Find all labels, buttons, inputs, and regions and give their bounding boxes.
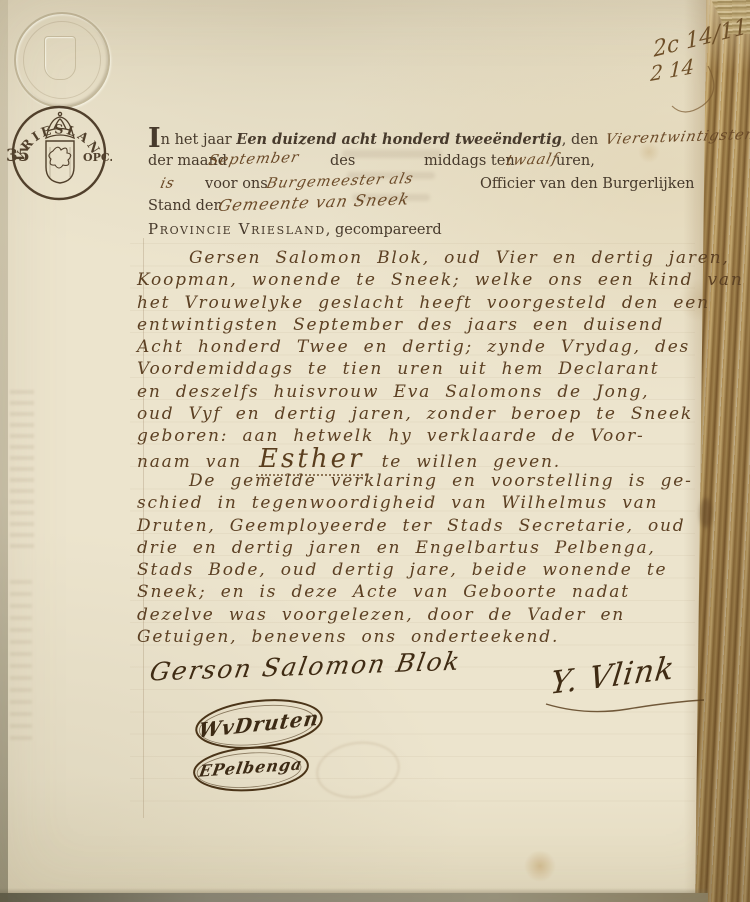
act-line: Stads Bode, oud dertig jare, beide wonen… <box>137 559 693 581</box>
stamp-lion-shield-icon <box>46 141 74 183</box>
header-line-4: Stand der Gemeente van Sneek <box>148 195 696 217</box>
printed-text: voor ons <box>205 173 268 195</box>
handwritten-is: is <box>158 172 177 195</box>
scanned-birth-record-page: { "archival_note": { "line1": "2c 14/11"… <box>0 0 750 902</box>
signature-official-flourish <box>540 692 710 714</box>
act-line-child-name: naam van Esther te willen geven. <box>137 448 693 470</box>
embossed-stamp-crest <box>44 36 76 80</box>
act-line: het Vrouwelyke geslacht heeft voorgestel… <box>137 292 693 314</box>
header-line-2: der maand September des middags ten twaa… <box>148 150 696 172</box>
act-line: Gersen Salomon Blok, oud Vier en dertig … <box>137 247 693 269</box>
printed-text: middags ten <box>424 150 515 172</box>
act-text: te willen geven. <box>367 452 561 472</box>
act-line: Druten, Geemployeerde ter Stads Secretar… <box>137 515 693 537</box>
act-line: Getuigen, benevens ons onderteekend. <box>137 626 693 648</box>
printed-text: uren, <box>556 150 595 172</box>
printed-text: , gecompareerd <box>326 222 442 238</box>
act-line: dezelve was voorgelezen, door de Vader e… <box>137 604 693 626</box>
handwritten-month: September <box>206 147 301 173</box>
act-line: Acht honderd Twee en dertig; zynde Vryda… <box>137 336 693 358</box>
embossed-blind-stamp <box>14 12 110 108</box>
stamp-value-left: 35 <box>6 146 30 166</box>
book-edge-notch <box>700 498 712 528</box>
stamp-value-right: OPC. <box>83 151 112 164</box>
signature-witness2: EPelbenga <box>190 742 313 796</box>
act-line: oud Vyf en dertig jaren, zonder beroep t… <box>137 403 693 425</box>
printed-text: Officier van den Burgerlijken <box>480 173 695 195</box>
header-line-1: In het jaar Een duizend acht honderd twe… <box>148 128 696 150</box>
header-line-5: Provincie Vriesland, gecompareerd <box>148 218 696 240</box>
act-line: schied in tegenwoordigheid van Wilhelmus… <box>137 492 693 514</box>
handwritten-act-text: Gersen Salomon Blok, oud Vier en dertig … <box>137 247 693 648</box>
bottom-page-edge <box>0 893 708 902</box>
printed-text: n het jaar <box>161 132 237 148</box>
signature-father: Gerson Salomon Blok <box>148 646 464 686</box>
printed-province: Provincie Vriesland <box>148 220 326 238</box>
printed-text: Stand der <box>148 195 220 217</box>
act-line: en deszelfs huisvrouw Eva Salomons de Jo… <box>137 381 693 403</box>
act-line: Sneek; en is deze Acte van Geboorte nada… <box>137 581 693 603</box>
act-line: Voordemiddags te tien uren uit hem Decla… <box>137 358 693 380</box>
archival-note-flourish <box>644 60 734 120</box>
act-line: De gemelde verklaring en voorstelling is… <box>137 470 693 492</box>
revenue-stamp: VRIESLAND. 35 OPC. <box>6 105 112 205</box>
ink-bleedthrough <box>10 580 32 740</box>
act-line: geboren: aan hetwelk hy verklaarde de Vo… <box>137 425 693 447</box>
printed-form-header: In het jaar Een duizend acht honderd twe… <box>148 128 696 240</box>
printed-year-italic: Een duizend acht honderd tweeëndertig <box>236 131 561 148</box>
act-line: Koopman, wonende te Sneek; welke ons een… <box>137 269 693 291</box>
handwritten-hour: twaalf <box>504 149 561 173</box>
printed-text: , den <box>562 132 603 148</box>
header-line-3: is voor ons Burgemeester als Officier va… <box>148 173 696 195</box>
act-line: entwintigsten September des jaars een du… <box>137 314 693 336</box>
ink-bleedthrough <box>10 390 34 550</box>
act-line: drie en dertig jaren en Engelbartus Pelb… <box>137 537 693 559</box>
ornate-initial: I <box>148 123 161 154</box>
act-text: naam van <box>137 452 256 472</box>
ink-bleedthrough-oval <box>313 736 404 803</box>
